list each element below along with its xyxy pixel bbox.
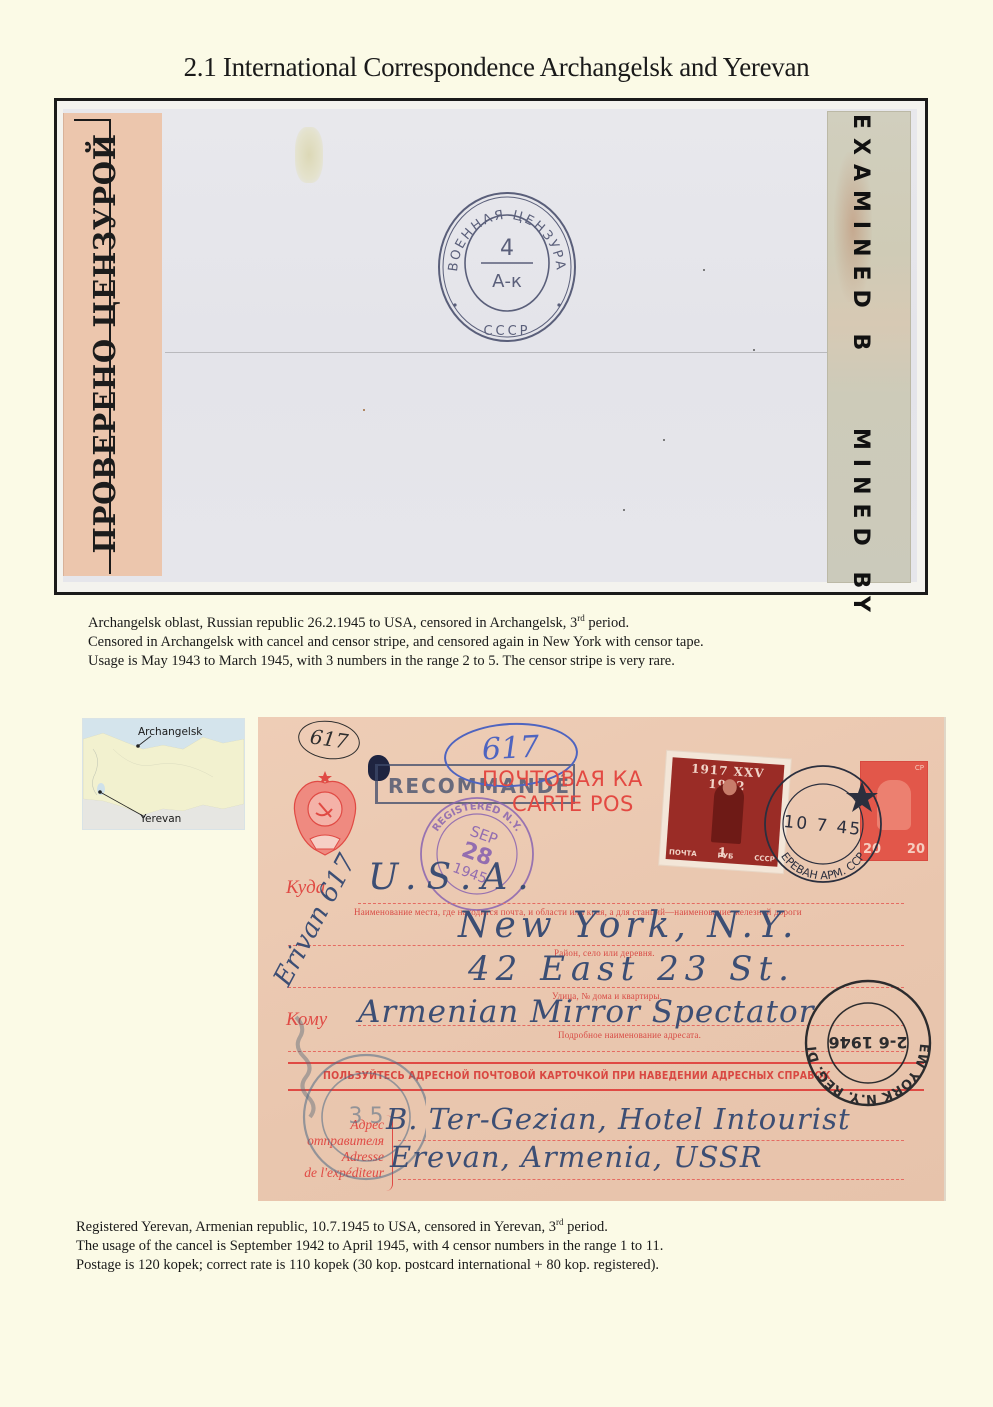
svg-text:СССР: СССР (483, 324, 530, 339)
svg-text:А-к: А-к (492, 271, 522, 292)
handwritten-sender-name: B. Ter-Gezian, Hotel Intourist (386, 1102, 851, 1136)
caption-line: Censored in Archangelsk with cancel and … (88, 633, 704, 652)
new-york-reg-div-postmark: NEW YORK N.Y. REG. DIV. 2-6 1946 (798, 973, 938, 1113)
speck (753, 349, 755, 351)
field-hint: Подробное наименование адресата. (558, 1030, 701, 1040)
handwritten-addressee: Armenian Mirror Spectator (358, 994, 814, 1030)
svg-text:3 5: 3 5 (349, 1104, 384, 1129)
pencil-617-notation: 617 (296, 717, 363, 763)
speck (663, 439, 665, 441)
handwritten-sender-city: Erevan, Armenia, USSR (390, 1140, 763, 1174)
military-censor-cancel: ВОЕННАЯ ЦЕНЗУРА СССР 4 А-к (435, 189, 579, 345)
svg-text:4: 4 (500, 236, 514, 261)
svg-text:2-6 1946: 2-6 1946 (828, 1033, 907, 1052)
postcard-title-ru: ПОЧТОВАЯ КА (482, 767, 643, 791)
handwritten-country: U.S.A. (368, 857, 539, 898)
caption-line: Archangelsk oblast, Russian republic 26.… (88, 609, 704, 633)
svg-text:ЕРЕВАН АРМ. ССР: ЕРЕВАН АРМ. ССР (778, 850, 868, 882)
cover2-postcard: 617 RECOMMANDÉ 617 ПОЧТОВАЯ КА CARTE POS… (258, 717, 946, 1201)
indicium-corner: СР (915, 764, 924, 772)
cover1-caption: Archangelsk oblast, Russian republic 26.… (88, 609, 704, 671)
russian-censor-stripe: ПРОВЕРЕНО ЦЕНЗУРОЙ (63, 113, 162, 576)
caption-line: The usage of the cancel is September 194… (76, 1237, 663, 1256)
us-censor-tape: EXAMINED B MINED BY (827, 111, 911, 583)
censor-stripe-text: ПРОВЕРЕНО ЦЕНЗУРОЙ (88, 149, 128, 554)
map-label-yerevan: Yerevan (140, 813, 181, 825)
caption-line: Usage is May 1943 to March 1945, with 3 … (88, 652, 704, 671)
yerevan-postmark: 10 7 45 ЕРЕВАН АРМ. ССР (758, 759, 888, 889)
speck (703, 269, 705, 271)
ussr-coat-of-arms-icon (286, 769, 364, 861)
envelope-flap-line (165, 352, 837, 353)
censor-tape-text-top: EXAMINED B (848, 114, 873, 359)
paper-stain (295, 127, 323, 183)
handwritten-street: 42 East 23 St. (468, 949, 795, 989)
location-map: Archangelsk Yerevan (82, 718, 245, 830)
cover2-caption: Registered Yerevan, Armenian republic, 1… (76, 1213, 663, 1275)
address-line (358, 903, 904, 904)
page-title: 2.1 International Correspondence Archang… (0, 52, 993, 83)
svg-text:10 7 45: 10 7 45 (783, 812, 864, 840)
speck (623, 509, 625, 511)
stripe-rule (74, 119, 110, 121)
handwritten-city: New York, N.Y. (458, 905, 799, 946)
map-label-archangelsk: Archangelsk (138, 726, 202, 738)
caption-line: Registered Yerevan, Armenian republic, 1… (76, 1213, 663, 1237)
address-line (398, 1179, 904, 1180)
cover1-envelope-back: ВОЕННАЯ ЦЕНЗУРА СССР 4 А-к ПРОВЕРЕНО ЦЕН… (54, 98, 928, 595)
caption-line: Postage is 120 kopek; correct rate is 11… (76, 1256, 663, 1275)
speck (363, 409, 365, 411)
censor-tape-text-bottom: MINED BY (848, 428, 873, 621)
envelope-body: ВОЕННАЯ ЦЕНЗУРА СССР 4 А-к (63, 109, 917, 582)
handwritten-side-notation: Erivan 617 (268, 849, 362, 991)
